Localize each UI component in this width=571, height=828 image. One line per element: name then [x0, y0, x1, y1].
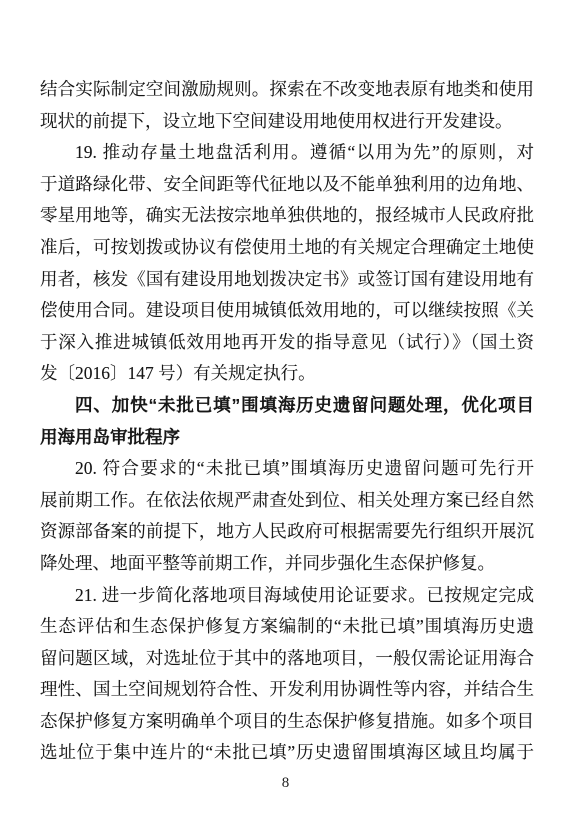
- text-line: 21. 进一步简化落地项目海域使用论证要求。已按规定完成: [40, 580, 534, 612]
- text-line: 20. 符合要求的“未批已填”围填海历史遗留问题可先行开: [40, 453, 534, 485]
- text-block: 结合实际制定空间激励规则。探索在不改变地表原有地类和使用 现状的前提下，设立地下…: [40, 74, 534, 769]
- text-line: 选址位于集中连片的“未批已填”历史遗留围填海区域且均属于: [40, 737, 534, 769]
- document-page: 结合实际制定空间激励规则。探索在不改变地表原有地类和使用 现状的前提下，设立地下…: [0, 0, 571, 828]
- text-line: 留问题区域，对选址位于其中的落地项目，一般仅需论证用海合: [40, 643, 534, 675]
- text-line: 发〔2016〕147 号）有关规定执行。: [40, 358, 534, 390]
- text-line: 零星用地等，确实无法按宗地单独供地的，报经城市人民政府批: [40, 200, 534, 232]
- section-heading-line: 四、加快“未批已填”围填海历史遗留问题处理，优化项目: [40, 390, 534, 422]
- text-line: 于道路绿化带、安全间距等代征地以及不能单独利用的边角地、: [40, 169, 534, 201]
- text-line: 展前期工作。在依法依规严肃查处到位、相关处理方案已经自然: [40, 485, 534, 517]
- text-line: 偿使用合同。建设项目使用城镇低效用地的，可以继续按照《关: [40, 295, 534, 327]
- section-heading-line: 用海用岛审批程序: [40, 422, 534, 454]
- text-line: 资源部备案的前提下，地方人民政府可根据需要先行组织开展沉: [40, 516, 534, 548]
- text-line: 理性、国土空间规划符合性、开发利用协调性等内容，并结合生: [40, 674, 534, 706]
- text-line: 生态评估和生态保护修复方案编制的“未批已填”围填海历史遗: [40, 611, 534, 643]
- text-line: 于深入推进城镇低效用地再开发的指导意见（试行）》（国土资: [40, 327, 534, 359]
- text-line: 态保护修复方案明确单个项目的生态保护修复措施。如多个项目: [40, 706, 534, 738]
- text-line: 准后，可按划拨或协议有偿使用土地的有关规定合理确定土地使: [40, 232, 534, 264]
- text-line: 结合实际制定空间激励规则。探索在不改变地表原有地类和使用: [40, 74, 534, 106]
- text-line: 19. 推动存量土地盘活利用。遵循“以用为先”的原则，对: [40, 137, 534, 169]
- text-line: 现状的前提下，设立地下空间建设用地使用权进行开发建设。: [40, 106, 534, 138]
- text-line: 降处理、地面平整等前期工作，并同步强化生态保护修复。: [40, 548, 534, 580]
- page-number: 8: [0, 773, 571, 793]
- text-line: 用者，核发《国有建设用地划拨决定书》或签订国有建设用地有: [40, 264, 534, 296]
